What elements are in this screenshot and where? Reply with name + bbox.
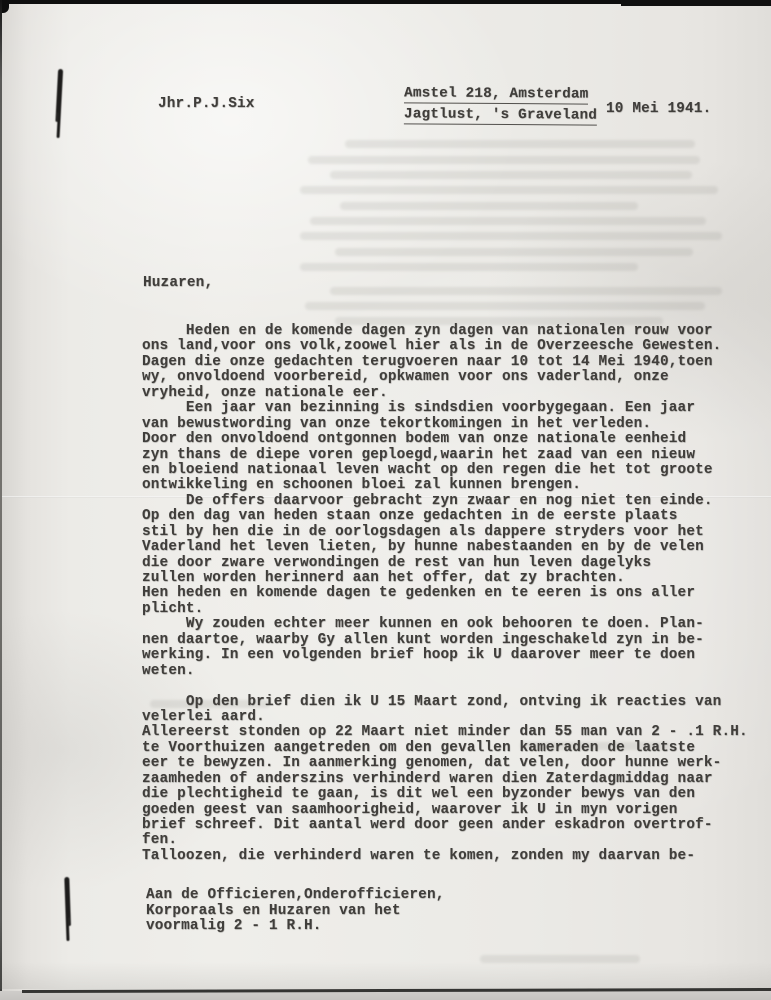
ghost-text-line [305, 302, 705, 310]
address-block: Amstel 218, Amsterdam Jagtlust, 's Grave… [404, 83, 597, 126]
body-line: Op den brief dien ik U 15 Maart zond, on… [142, 695, 748, 710]
ghost-text-line [300, 232, 722, 240]
ghost-text-line [300, 263, 638, 271]
body-line: ontwikkeling en schoonen bloei zal kunne… [142, 478, 748, 493]
body-line: fen. [142, 833, 748, 848]
body-line: weten. [142, 664, 748, 679]
body-line: plicht. [142, 602, 748, 617]
paper-bottom-shadow [0, 962, 771, 989]
salutation: Huzaren, [143, 275, 213, 291]
body-line: wy, onvoldoend voorbereid, opkwamen voor… [142, 370, 748, 385]
body-line: Op den dag van heden staan onze gedachte… [142, 509, 748, 524]
body-line: te Voorthuizen aangetreden om den gevall… [142, 741, 748, 756]
body-line: Een jaar van bezinning is sindsdien voor… [142, 401, 748, 416]
body-line: goeden geest van saamhoorigheid, waarove… [142, 803, 748, 818]
scan-edge-top-right [621, 0, 771, 6]
body-line: ons land,voor ons volk,zoowel hier als i… [142, 339, 748, 354]
scan-edge-left [0, 0, 2, 1000]
body-line: vryheid, onze nationale eer. [142, 386, 748, 401]
address-line-2: Jagtlust, 's Graveland [404, 106, 597, 125]
ghost-text-line [308, 156, 700, 164]
body-line: Dagen die onze gedachten terugvoeren naa… [142, 355, 748, 370]
scan-edge-bottom-strip [0, 991, 771, 1000]
body-line: die plechtigheid te gaan, is dit wel een… [142, 787, 748, 802]
body-line: zaamheden of anderszins verhinderd waren… [142, 772, 748, 787]
scanned-letter-page: { "page": { "paper_color": "#ecebe7", "i… [0, 0, 771, 1000]
sender-name: Jhr.P.J.Six [158, 96, 255, 112]
body-line: van bewustwording van onze tekortkominge… [142, 417, 748, 432]
body-line: Door den onvoldoend ontgonnen bodem van … [142, 432, 748, 447]
body-line [142, 679, 748, 694]
ghost-text-line [300, 186, 718, 194]
body-line: zyn thans de diepe voren geploegd,waarin… [142, 448, 748, 463]
letter-date: 10 Mei 1941. [606, 101, 711, 117]
body-line: Vaderland het leven lieten, by hunne nab… [142, 540, 748, 555]
letter-body: Heden en de komende dagen zyn dagen van … [142, 324, 748, 864]
ghost-text-line [330, 171, 692, 179]
body-line: werking. In een volgenden brief hoop ik … [142, 648, 748, 663]
closing-line: Aan de Officieren,Onderofficieren, [146, 888, 445, 904]
body-line: Hen heden en komende dagen te gedenken e… [142, 586, 748, 601]
body-line: stil by hen die in de oorlogsdagen als d… [142, 525, 748, 540]
ghost-text-line [345, 140, 695, 148]
body-line: Talloozen, die verhinderd waren te komen… [142, 849, 748, 864]
closing-line: voormalig 2 - 1 R.H. [146, 919, 445, 935]
body-line: De offers daarvoor gebracht zyn zwaar en… [142, 494, 748, 509]
ghost-text-line [330, 287, 722, 295]
address-line-1: Amstel 218, Amsterdam [404, 85, 588, 104]
letter-closing: Aan de Officieren,Onderofficieren,Korpor… [146, 888, 445, 935]
ghost-text-line [340, 202, 638, 210]
ghost-text-line [335, 248, 693, 256]
body-line: die door zware verwondingen de rest van … [142, 556, 748, 571]
body-line: Allereerst stonden op 22 Maart niet mind… [142, 725, 748, 740]
body-line: nen daartoe, waarby Gy allen kunt worden… [142, 633, 748, 648]
closing-line: Korporaals en Huzaren van het [146, 904, 445, 920]
ghost-text-line [310, 217, 706, 225]
body-line: eer te bewyzen. In aanmerking genomen, d… [142, 756, 748, 771]
body-line: Wy zouden echter meer kunnen en ook beho… [142, 617, 748, 632]
body-line: brief schreef. Dit aantal werd door geen… [142, 818, 748, 833]
